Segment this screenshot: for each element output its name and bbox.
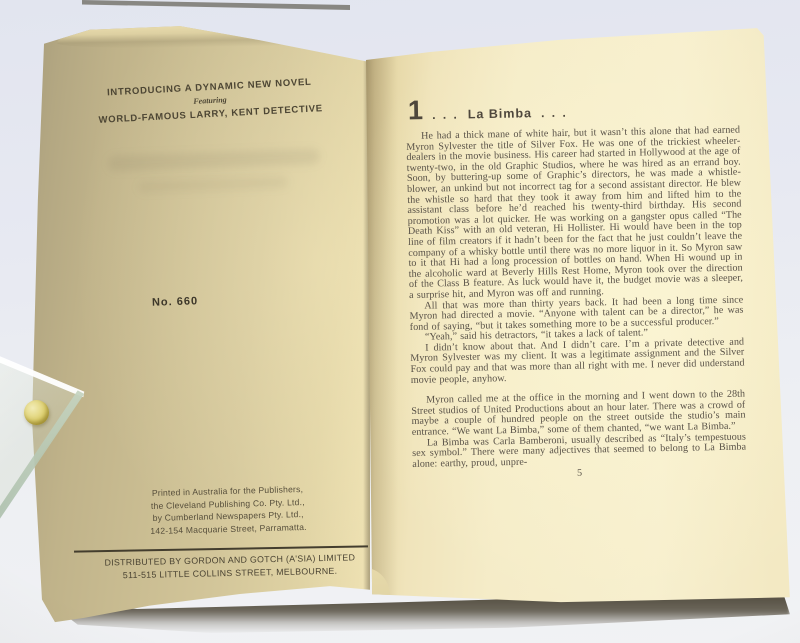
body-text: He had a thick mane of white hair, but i… (406, 126, 747, 483)
body-paragraph: La Bimba was Carla Bamberoni, usually de… (412, 432, 747, 470)
chapter-number: 1 (408, 97, 424, 124)
page-top-curl (57, 18, 365, 49)
body-paragraph: I didn’t know about that. And I didn’t c… (410, 337, 745, 386)
book-photo: INTRODUCING A DYNAMIC NEW NOVEL Featurin… (0, 0, 800, 643)
body-paragraph: All that was more than thirty years back… (409, 295, 744, 333)
body-paragraph: Myron called me at the office in the mor… (411, 390, 746, 439)
chapter-dots: . . . (541, 106, 568, 120)
glass-suction-dot (24, 400, 49, 425)
chapter-heading: 1 . . . La Bimba . . . (408, 95, 568, 125)
right-page: 1 . . . La Bimba . . . He had a thick ma… (356, 22, 792, 634)
show-through-smudge (138, 175, 288, 193)
printer-imprint: Printed in Australia for the Publishers,… (97, 482, 358, 539)
show-through-smudge (108, 148, 320, 171)
chapter-dots: . . . (432, 108, 459, 122)
left-page: INTRODUCING A DYNAMIC NEW NOVEL Featurin… (30, 20, 372, 630)
body-paragraph: He had a thick mane of white hair, but i… (406, 126, 743, 302)
issue-number: No. 660 (152, 295, 199, 309)
cover-edge (82, 0, 350, 10)
promo-block: INTRODUCING A DYNAMIC NEW NOVEL Featurin… (69, 75, 351, 128)
distributor-imprint: DISTRIBUTED BY GORDON AND GOTCH (A'SIA) … (90, 551, 370, 583)
chapter-title: La Bimba (468, 106, 533, 121)
